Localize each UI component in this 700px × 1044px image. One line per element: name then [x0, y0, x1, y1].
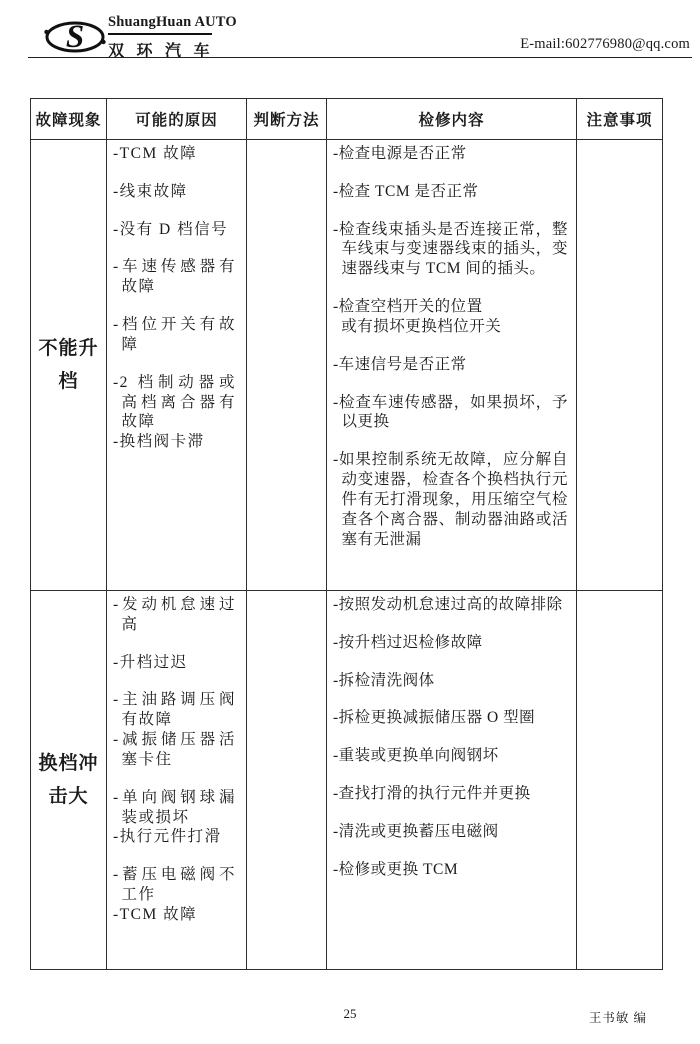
item-group: -TCM 故障	[113, 144, 236, 164]
brand-block: ShuangHuan AUTO 双环汽车	[108, 14, 212, 61]
table-row: 换档冲击大-发动机怠速过高-升档过迟-主油路调压阀有故障-减振储压器活塞卡住-单…	[31, 591, 663, 970]
item-group: -检修或更换 TCM	[333, 860, 568, 880]
fault-phenomenon-cell: 不能升档	[31, 140, 107, 591]
item-group: -车速信号是否正常	[333, 355, 568, 375]
possible-causes-cell: -TCM 故障-线束故障-没有 D 档信号-车速传感器有故障-档位开关有故障-2…	[107, 140, 247, 591]
precautions-cell	[577, 140, 663, 591]
item-group: -检查车速传感器，如果损坏，予以更换	[333, 393, 568, 433]
item-group: -重装或更换单向阀钢坏	[333, 746, 568, 766]
item-group: -蓄压电磁阀不工作-TCM 故障	[113, 865, 236, 924]
item-group: -检查线束插头是否连接正常，整车线束与变速器线束的插头，变速器线束与 TCM 间…	[333, 220, 568, 279]
judgment-method-cell	[247, 591, 327, 970]
header-email: E-mail:602776980@qq.com	[520, 36, 690, 53]
column-header: 检修内容	[327, 99, 577, 140]
list-item: -按照发动机怠速过高的故障排除	[333, 595, 568, 615]
table-header-row: 故障现象可能的原因判断方法检修内容注意事项	[31, 99, 663, 140]
shuanghuan-logo-icon: S	[44, 16, 106, 58]
precautions-cell	[577, 591, 663, 970]
item-group: -拆检更换减振储压器 O 型圈	[333, 708, 568, 728]
list-item: -线束故障	[113, 182, 236, 202]
judgment-method-cell	[247, 140, 327, 591]
list-item: -车速传感器有故障	[113, 257, 236, 297]
list-item: -检查线束插头是否连接正常，整车线束与变速器线束的插头，变速器线束与 TCM 间…	[333, 220, 568, 279]
item-group: -发动机怠速过高	[113, 595, 236, 635]
list-item: -拆检更换减振储压器 O 型圈	[333, 708, 568, 728]
column-header: 可能的原因	[107, 99, 247, 140]
item-group: -如果控制系统无故障，应分解自动变速器，检查各个换档执行元件有无打滑现象，用压缩…	[333, 450, 568, 549]
list-item: -TCM 故障	[113, 144, 236, 164]
list-item: -发动机怠速过高	[113, 595, 236, 635]
item-group: -查找打滑的执行元件并更换	[333, 784, 568, 804]
list-item: -检查空档开关的位置	[333, 297, 568, 317]
fault-diagnosis-table: 故障现象可能的原因判断方法检修内容注意事项 不能升档-TCM 故障-线束故障-没…	[30, 98, 663, 970]
list-item: -查找打滑的执行元件并更换	[333, 784, 568, 804]
item-group: -检查 TCM 是否正常	[333, 182, 568, 202]
list-item: -按升档过迟检修故障	[333, 633, 568, 653]
column-header: 判断方法	[247, 99, 327, 140]
list-item: -档位开关有故障	[113, 315, 236, 355]
list-item: -检查 TCM 是否正常	[333, 182, 568, 202]
item-group: -检查空档开关的位置 或有损坏更换档位开关	[333, 297, 568, 337]
item-group: -没有 D 档信号	[113, 220, 236, 240]
item-group: -升档过迟	[113, 653, 236, 673]
list-item: -重装或更换单向阀钢坏	[333, 746, 568, 766]
brand-name-en: ShuangHuan AUTO	[108, 14, 212, 35]
document-page: S ShuangHuan AUTO 双环汽车 E-mail:602776980@…	[0, 0, 700, 1044]
editor-credit: 王书敏 编	[589, 1008, 647, 1026]
list-item: -检查车速传感器，如果损坏，予以更换	[333, 393, 568, 433]
list-item: -拆检清洗阀体	[333, 671, 568, 691]
table-row: 不能升档-TCM 故障-线束故障-没有 D 档信号-车速传感器有故障-档位开关有…	[31, 140, 663, 591]
list-item: -TCM 故障	[113, 905, 236, 925]
item-group: -拆检清洗阀体	[333, 671, 568, 691]
list-item: -没有 D 档信号	[113, 220, 236, 240]
list-item: -清洗或更换蓄压电磁阀	[333, 822, 568, 842]
list-item: -单向阀钢球漏装或损坏	[113, 788, 236, 828]
inspection-content-cell: -检查电源是否正常-检查 TCM 是否正常-检查线束插头是否连接正常，整车线束与…	[327, 140, 577, 591]
list-item: -如果控制系统无故障，应分解自动变速器，检查各个换档执行元件有无打滑现象，用压缩…	[333, 450, 568, 549]
item-group: -线束故障	[113, 182, 236, 202]
item-group: -清洗或更换蓄压电磁阀	[333, 822, 568, 842]
item-group: -按照发动机怠速过高的故障排除	[333, 595, 568, 615]
column-header: 注意事项	[577, 99, 663, 140]
fault-phenomenon-cell: 换档冲击大	[31, 591, 107, 970]
list-item: -车速信号是否正常	[333, 355, 568, 375]
list-item: -蓄压电磁阀不工作	[113, 865, 236, 905]
column-header: 故障现象	[31, 99, 107, 140]
inspection-content-cell: -按照发动机怠速过高的故障排除-按升档过迟检修故障-拆检清洗阀体-拆检更换减振储…	[327, 591, 577, 970]
list-item: -2 档制动器或高档离合器有故障	[113, 373, 236, 432]
list-item: -换档阀卡滞	[113, 432, 236, 452]
logo-letter: S	[66, 19, 84, 55]
list-item: 或有损坏更换档位开关	[333, 317, 568, 337]
item-group: -主油路调压阀有故障-减振储压器活塞卡住	[113, 690, 236, 769]
item-group: -2 档制动器或高档离合器有故障-换档阀卡滞	[113, 373, 236, 452]
item-group: -车速传感器有故障	[113, 257, 236, 297]
list-item: -检修或更换 TCM	[333, 860, 568, 880]
header-divider	[28, 57, 692, 58]
list-item: -主油路调压阀有故障	[113, 690, 236, 730]
item-group: -单向阀钢球漏装或损坏-执行元件打滑	[113, 788, 236, 847]
list-item: -检查电源是否正常	[333, 144, 568, 164]
item-group: -按升档过迟检修故障	[333, 633, 568, 653]
list-item: -升档过迟	[113, 653, 236, 673]
list-item: -执行元件打滑	[113, 827, 236, 847]
item-group: -档位开关有故障	[113, 315, 236, 355]
list-item: -减振储压器活塞卡住	[113, 730, 236, 770]
item-group: -检查电源是否正常	[333, 144, 568, 164]
possible-causes-cell: -发动机怠速过高-升档过迟-主油路调压阀有故障-减振储压器活塞卡住-单向阀钢球漏…	[107, 591, 247, 970]
